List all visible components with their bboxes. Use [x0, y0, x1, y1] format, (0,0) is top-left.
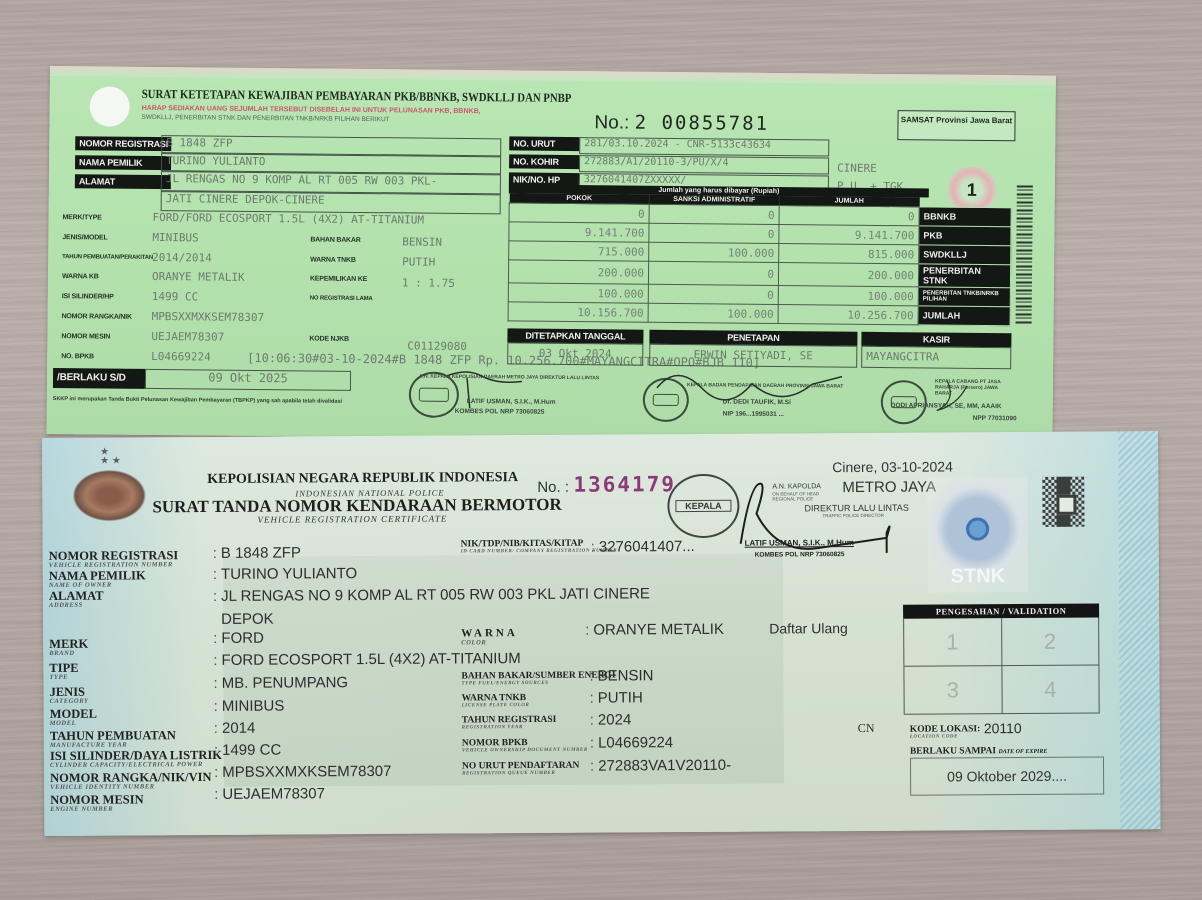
cell-sanksi: 0 [649, 223, 779, 243]
value-nomor-rangka: :MPBSXXMXKSEM78307 [214, 763, 392, 781]
signer-id: KOMBES POL NRP 73060825 [755, 551, 845, 559]
place-date: Cinere, 03-10-2024 [832, 458, 953, 475]
cell-pokok: 9.141.700 [509, 222, 649, 242]
barcode-icon [1016, 185, 1033, 325]
label-isi-silinder: ISI SILINDER/HP [62, 293, 114, 300]
label-kode-lokasi: KODE LOKASI:LOCATION CODE [910, 724, 981, 740]
label-nama-pemilik: NAMA PEMILIK [75, 155, 171, 170]
label-warna-tnkb: WARNA TNKB [310, 257, 356, 264]
stnk-registration-card: ★★ ★ KEPOLISIAN NEGARA REPUBLIK INDONESI… [42, 431, 1160, 836]
region: METRO JAYA [842, 479, 936, 497]
value-merk-type: FORD/FORD ECOSPORT 1.5L (4X2) AT-TITANIU… [152, 211, 424, 227]
value-warna-tnkb: :PUTIH [590, 689, 643, 706]
label-ditetapkan: DITETAPKAN TANGGAL [507, 328, 643, 343]
value-nomor-mesin: UEJAEM78307 [151, 330, 224, 344]
value-model: :MINIBUS [214, 698, 285, 715]
value-warna-tnkb: PUTIH [402, 255, 435, 268]
label-warna-kb: WARNA KB [62, 273, 99, 280]
label-isi-silinder: ISI SILINDER/DAYA LISTRIKCYLINDER CAPACI… [50, 749, 222, 769]
label-no-bpkb: NO. BPKB [61, 353, 94, 360]
label-berlaku: /BERLAKU S/D [53, 368, 145, 389]
label-model: MODELMODEL [50, 708, 97, 727]
code-cn: CN [858, 721, 875, 736]
row-label: PKB [919, 226, 1011, 246]
value-warna: :ORANYE METALIK [585, 621, 724, 639]
signer-title-en: TRAFFIC POLICE DIRECTOR [822, 513, 883, 518]
signer-title: DIREKTUR LALU LINTAS [804, 503, 908, 514]
stars-icon: ★★ ★ [100, 448, 121, 466]
cell-pokok: 200.000 [508, 260, 648, 284]
label-alamat: ALAMATADDRESS [49, 590, 104, 609]
cell-sanksi: 0 [648, 261, 778, 285]
label-nomor-mesin: NOMOR MESINENGINE NUMBER [50, 793, 144, 813]
value-isi-silinder: 1499 CC [152, 290, 198, 303]
label-alamat: ALAMAT [75, 174, 171, 189]
cell-jumlah: 100.000 [778, 286, 918, 306]
value-berlaku: 09 Okt 2025 [145, 369, 351, 391]
qr-code-icon [1042, 477, 1084, 527]
signer-name: LATIF USMAN, S.I.K., M.Hum [745, 538, 854, 548]
note-daftar-ulang: Daftar Ulang [769, 620, 848, 636]
cell-sanksi: 100.000 [648, 303, 778, 323]
payment-row: 10.156.700100.00010.256.700JUMLAH [508, 302, 1010, 326]
value-kode-njkb: C01129080 [407, 339, 467, 353]
label-jenis: JENISCATEGORY [50, 686, 89, 705]
value-berlaku-sampai: 09 Oktober 2029.... [910, 757, 1104, 796]
label-jenis-model: JENIS/MODEL [62, 234, 107, 241]
value-penetapan: ERWIN SETIYADI, SE [649, 344, 857, 368]
value-warna-kb: ORANYE METALIK [152, 270, 245, 284]
cell-pokok: 715.000 [509, 241, 649, 261]
cell-pokok: 10.156.700 [508, 302, 648, 322]
value-isi-silinder: :1499 CC [214, 742, 281, 759]
cell-jumlah: 9.141.700 [779, 225, 919, 245]
label-berlaku-sampai: BERLAKU SAMPAI DATE OF EXPIRE [910, 746, 1047, 758]
police-emblem-icon [72, 469, 146, 521]
label-warna-tnkb: WARNA TNKBLICENSE PLATE COLOR [462, 693, 530, 709]
label-nomor-rangka: NOMOR RANGKA/NIK/VINVEHICLE IDENTITY NUM… [50, 771, 212, 791]
label-no-urut: NO URUT PENDAFTARANREGISTRATION QUEUE NU… [462, 761, 579, 778]
value-no-bpkb: L04669224 [151, 350, 211, 364]
cell-jumlah: 200.000 [778, 263, 918, 287]
validation-cell-1: 1 [904, 618, 1002, 667]
cell-sanksi: 0 [648, 284, 778, 304]
value-nomor-mesin: :UEJAEM78307 [214, 785, 325, 803]
validation-header: PENGESAHAN / VALIDATION [903, 604, 1099, 619]
label-nomor-rangka: NOMOR RANGKA/NIK [62, 313, 132, 321]
payment-table: POKOK SANKSI ADMINISTRATIF JUMLAH 000BBN… [508, 193, 1012, 326]
label-tahun: TAHUN PEMBUATAN/PERAKITAN [62, 254, 153, 261]
punch-hole [89, 86, 129, 126]
value-tahun-pembuatan: :2014 [214, 720, 256, 737]
value-nama-pemilik: :TURINO YULIANTO [213, 565, 357, 583]
row-label: PENERBITAN TNKB/NRKB PILIHAN [918, 287, 1010, 307]
value-kasir: MAYANGCITRA [861, 346, 1011, 369]
label-no-kohir: NO. KOHIR [509, 154, 579, 169]
validation-cell-3: 3 [904, 666, 1002, 715]
cell-pokok: 100.000 [508, 283, 648, 303]
value-nik: :3276041407... [591, 538, 695, 556]
value-ditetapkan: 03 Okt 2024 [507, 342, 643, 365]
cell-jumlah: 815.000 [779, 244, 919, 264]
validation-grid: PENGESAHAN / VALIDATION 1 2 3 4 [903, 604, 1100, 715]
label-nomor-registrasi: NOMOR REGISTRASI [75, 136, 171, 151]
agency-title: KEPOLISIAN NEGARA REPUBLIK INDONESIA [207, 470, 518, 488]
validation-cell-2: 2 [1002, 618, 1100, 667]
value-kepemilikan-ke: 1 : 1.75 [402, 276, 455, 290]
value-tipe: :FORD ECOSPORT 1.5L (4X2) AT-TITANIUM [213, 650, 521, 669]
row-label: BBNKB [919, 207, 1011, 227]
value-nomor-registrasi: :B 1848 ZFP [213, 544, 301, 562]
label-kode-njkb: KODE NJKB [309, 336, 349, 343]
value-no-urut: 281/03.10.2024 - CNR-5133c43634 [579, 137, 829, 156]
slip-title: SURAT KETETAPAN KEWAJIBAN PEMBAYARAN PKB… [142, 87, 572, 106]
row-label: JUMLAH [918, 306, 1010, 326]
signature-scribbles [427, 366, 987, 421]
cell-sanksi: 100.000 [649, 242, 779, 262]
cell-jumlah: 10.256.700 [778, 305, 918, 325]
row-label: SWDKLLJ [919, 245, 1011, 265]
label-tahun-pembuatan: TAHUN PEMBUATANMANUFACTURE YEAR [50, 729, 176, 749]
cell-pokok: 0 [509, 203, 649, 223]
value-jenis: :MB. PENUMPANG [213, 674, 348, 692]
value-alamat-1: :JL RENGAS NO 9 KOMP AL RT 005 RW 003 PK… [213, 585, 650, 605]
value-no-kohir: 272883/A1/20110-3/PU/X/4 [579, 155, 829, 174]
on-behalf: A.N. KAPOLDA [772, 483, 821, 490]
serial-number: No. : 1364179 [537, 472, 676, 497]
value-kode-lokasi: 20110 [984, 720, 1022, 736]
value-jenis-model: MINIBUS [152, 231, 198, 244]
footnote: SKKP ini merupakan Tanda Bukti Pelunasan… [53, 396, 342, 405]
cell-sanksi: 0 [649, 204, 779, 224]
label-tipe: TIPETYPE [49, 662, 78, 681]
value-merk: :FORD [213, 630, 264, 647]
card-title-en: VEHICLE REGISTRATION CERTIFICATE [257, 514, 447, 525]
value-bahan-bakar: BENSIN [402, 235, 442, 248]
document-number: No.: 2 00855781 [594, 111, 769, 136]
label-nomor-registrasi: NOMOR REGISTRASIVEHICLE REGISTRATION NUM… [49, 549, 179, 569]
label-merk: MERKBRAND [49, 638, 88, 657]
label-no-registrasi-lama: NO REGISTRASI LAMA [310, 296, 373, 303]
value-nomor-rangka: MPBSXXMXKSEM78307 [152, 310, 265, 324]
hologram-seal-icon: STNK [927, 477, 1028, 593]
row-label: PENERBITAN STNK [918, 264, 1010, 288]
value-tahun: 2014/2014 [152, 251, 212, 265]
cell-jumlah: 0 [779, 206, 919, 226]
label-nomor-bpkb: NOMOR BPKBVEHICLE OWNERSHIP DOCUMENT NUM… [462, 738, 588, 755]
location-cinere: CINERE [837, 162, 877, 175]
validation-cell-4: 4 [1002, 666, 1100, 715]
label-tahun-registrasi: TAHUN REGISTRASIREGISTRATION YEAR [462, 715, 557, 732]
kepala-stamp: KEPALA [667, 474, 739, 538]
value-bahan-bakar: :BENSIN [589, 667, 653, 684]
torn-edge [50, 66, 1056, 86]
value-nomor-bpkb: :L04669224 [590, 734, 673, 752]
value-tahun-registrasi: :2024 [590, 711, 632, 728]
label-merk-type: MERK/TYPE [63, 214, 102, 221]
slip-subtitle-2: SWDKLLJ, PENERBITAN STNK DAN PENERBITAN … [141, 114, 389, 123]
on-behalf-en: ON BEHALF OF HEAD REGIONAL POLICE [772, 491, 832, 501]
label-no-urut: NO. URUT [509, 136, 579, 151]
value-no-urut: :272883VA1V20110- [590, 757, 731, 775]
label-bahan-bakar: BAHAN BAKAR [310, 237, 360, 244]
samsat-box: SAMSAT Provinsi Jawa Barat [897, 110, 1015, 141]
label-warna: WARNACOLOR [461, 627, 518, 646]
skpd-payment-slip: SURAT KETETAPAN KEWAJIBAN PEMBAYARAN PKB… [46, 66, 1055, 444]
security-pattern-strip [1118, 431, 1160, 829]
value-alamat-2: DEPOK [221, 611, 274, 628]
label-nomor-mesin: NOMOR MESIN [61, 333, 110, 340]
label-kepemilikan-ke: KEPEMILIKAN KE [310, 276, 367, 284]
label-kasir: KASIR [861, 332, 1011, 347]
label-nama-pemilik: NAMA PEMILIKNAME OF OWNER [49, 569, 146, 589]
